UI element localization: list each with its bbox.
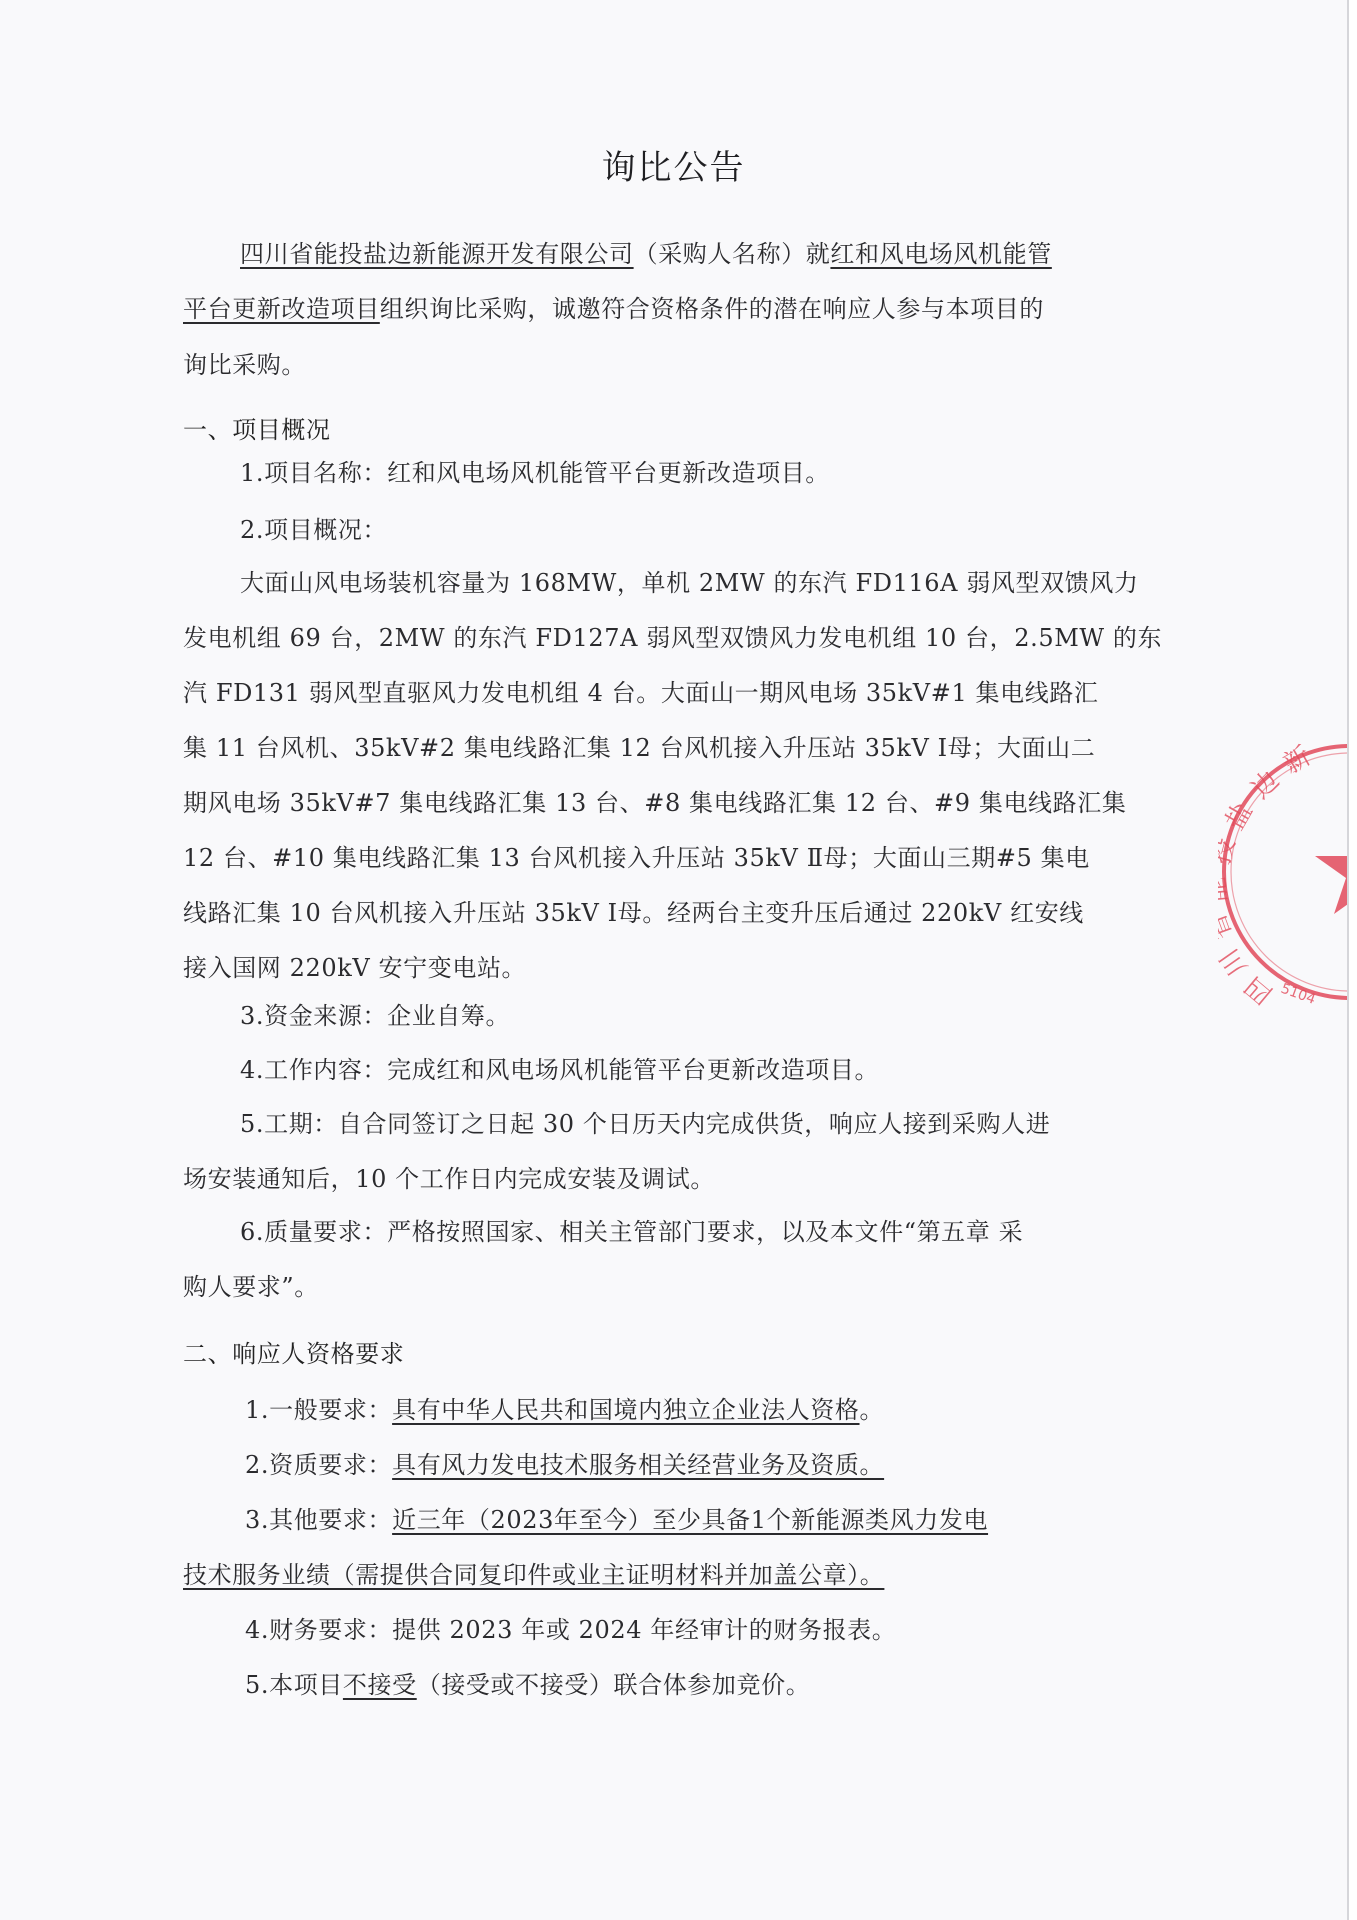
section2-item5: 5.本项目不接受（接受或不接受）联合体参加竞价。 [245,1669,810,1701]
section1-item2: 2.项目概况： [240,514,387,546]
item-label: 2.资质要求： [245,1451,392,1479]
item-value: 技术服务业绩（需提供合同复印件或业主证明材料并加盖公章）。 [183,1561,884,1589]
document-title: 询比公告 [0,146,1347,190]
item-tail: 。 [860,1396,885,1424]
overview-line: 线路汇集 10 台风机接入升压站 35kV Ⅰ母。经两台主变升压后通过 220k… [183,897,1084,929]
item-label: 3.其他要求： [245,1506,392,1534]
section2-item2: 2.资质要求：具有风力发电技术服务相关经营业务及资质。 [245,1449,884,1481]
project-name-part1: 红和风电场风机能管 [830,240,1051,268]
section1-item6-cont: 购人要求”。 [183,1271,319,1303]
intro-line-1: 四川省能投盐边新能源开发有限公司（采购人名称）就红和风电场风机能管 [240,238,1052,270]
document-page: 询比公告 四川省能投盐边新能源开发有限公司（采购人名称）就红和风电场风机能管 平… [0,0,1349,1920]
section2-item4: 4.财务要求：提供 2023 年或 2024 年经审计的财务报表。 [245,1614,896,1646]
item-label: 1.一般要求： [245,1396,392,1424]
intro-line-2: 平台更新改造项目组织询比采购，诚邀符合资格条件的潜在响应人参与本项目的 [183,293,1044,325]
section1-item4: 4.工作内容：完成红和风电场风机能管平台更新改造项目。 [240,1054,879,1086]
section1-item5: 5.工期：自合同签订之日起 30 个日历天内完成供货，响应人接到采购人进 [240,1108,1050,1140]
intro-text: 组织询比采购，诚邀符合资格条件的潜在响应人参与本项目的 [380,295,1044,323]
section2-item3: 3.其他要求：近三年（2023年至今）至少具备1个新能源类风力发电 [245,1504,988,1536]
section1-item5-cont: 场安装通知后，10 个工作日内完成安装及调试。 [183,1163,715,1195]
intro-line-3: 询比采购。 [183,349,306,381]
section1-heading: 一、项目概况 [183,414,331,446]
item-value: 具有风力发电技术服务相关经营业务及资质。 [392,1451,884,1479]
consortium-choice: 不接受 [343,1671,417,1699]
overview-line: 发电机组 69 台，2MW 的东汽 FD127A 弱风型双馈风力发电机组 10 … [183,622,1162,654]
purchaser-name: 四川省能投盐边新能源开发有限公司 [240,240,634,268]
item-suffix: （接受或不接受）联合体参加竞价。 [417,1671,811,1699]
item-value: 具有中华人民共和国境内独立企业法人资格 [392,1396,859,1424]
svg-text:边: 边 [1246,765,1286,805]
svg-text:投: 投 [1218,835,1241,868]
overview-line: 集 11 台风机、35kV#2 集电线路汇集 12 台风机接入升压站 35kV … [183,732,1095,764]
section2-item1: 1.一般要求：具有中华人民共和国境内独立企业法人资格。 [245,1394,884,1426]
project-name-part2: 平台更新改造项目 [183,295,380,323]
section1-item3: 3.资金来源：企业自筹。 [240,1000,510,1032]
item-prefix: 5.本项目 [245,1671,343,1699]
svg-text:省: 省 [1218,909,1239,944]
intro-text: （采购人名称）就 [634,240,831,268]
overview-line: 期风电场 35kV#7 集电线路汇集 13 台、#8 集电线路汇集 12 台、#… [183,787,1126,819]
svg-text:能: 能 [1218,875,1233,904]
overview-line: 接入国网 220kV 安宁变电站。 [183,952,526,984]
svg-text:四: 四 [1239,970,1278,1010]
overview-line: 大面山风电场装机容量为 168MW，单机 2MW 的东汽 FD116A 弱风型双… [240,567,1139,599]
company-seal: 新 边 盐 投 能 省 川 四 5104 四川省能投盐边新 5104 [1218,730,1347,1020]
section1-item1: 1.项目名称：红和风电场风机能管平台更新改造项目。 [240,457,830,489]
intro-text: 询比采购。 [183,351,306,379]
section1-item6: 6.质量要求：严格按照国家、相关主管部门要求，以及本文件“第五章 采 [240,1216,1023,1248]
item-value: 近三年（2023年至今）至少具备1个新能源类风力发电 [392,1506,988,1534]
overview-line: 汽 FD131 弱风型直驱风力发电机组 4 台。大面山一期风电场 35kV#1 … [183,677,1099,709]
section2-item3-cont: 技术服务业绩（需提供合同复印件或业主证明材料并加盖公章）。 [183,1559,884,1591]
seal-icon: 新 边 盐 投 能 省 川 四 5104 [1218,730,1347,1020]
overview-line: 12 台、#10 集电线路汇集 13 台风机接入升压站 35kV Ⅱ母；大面山三… [183,842,1090,874]
svg-text:新: 新 [1279,741,1317,780]
section2-heading: 二、响应人资格要求 [183,1338,404,1370]
